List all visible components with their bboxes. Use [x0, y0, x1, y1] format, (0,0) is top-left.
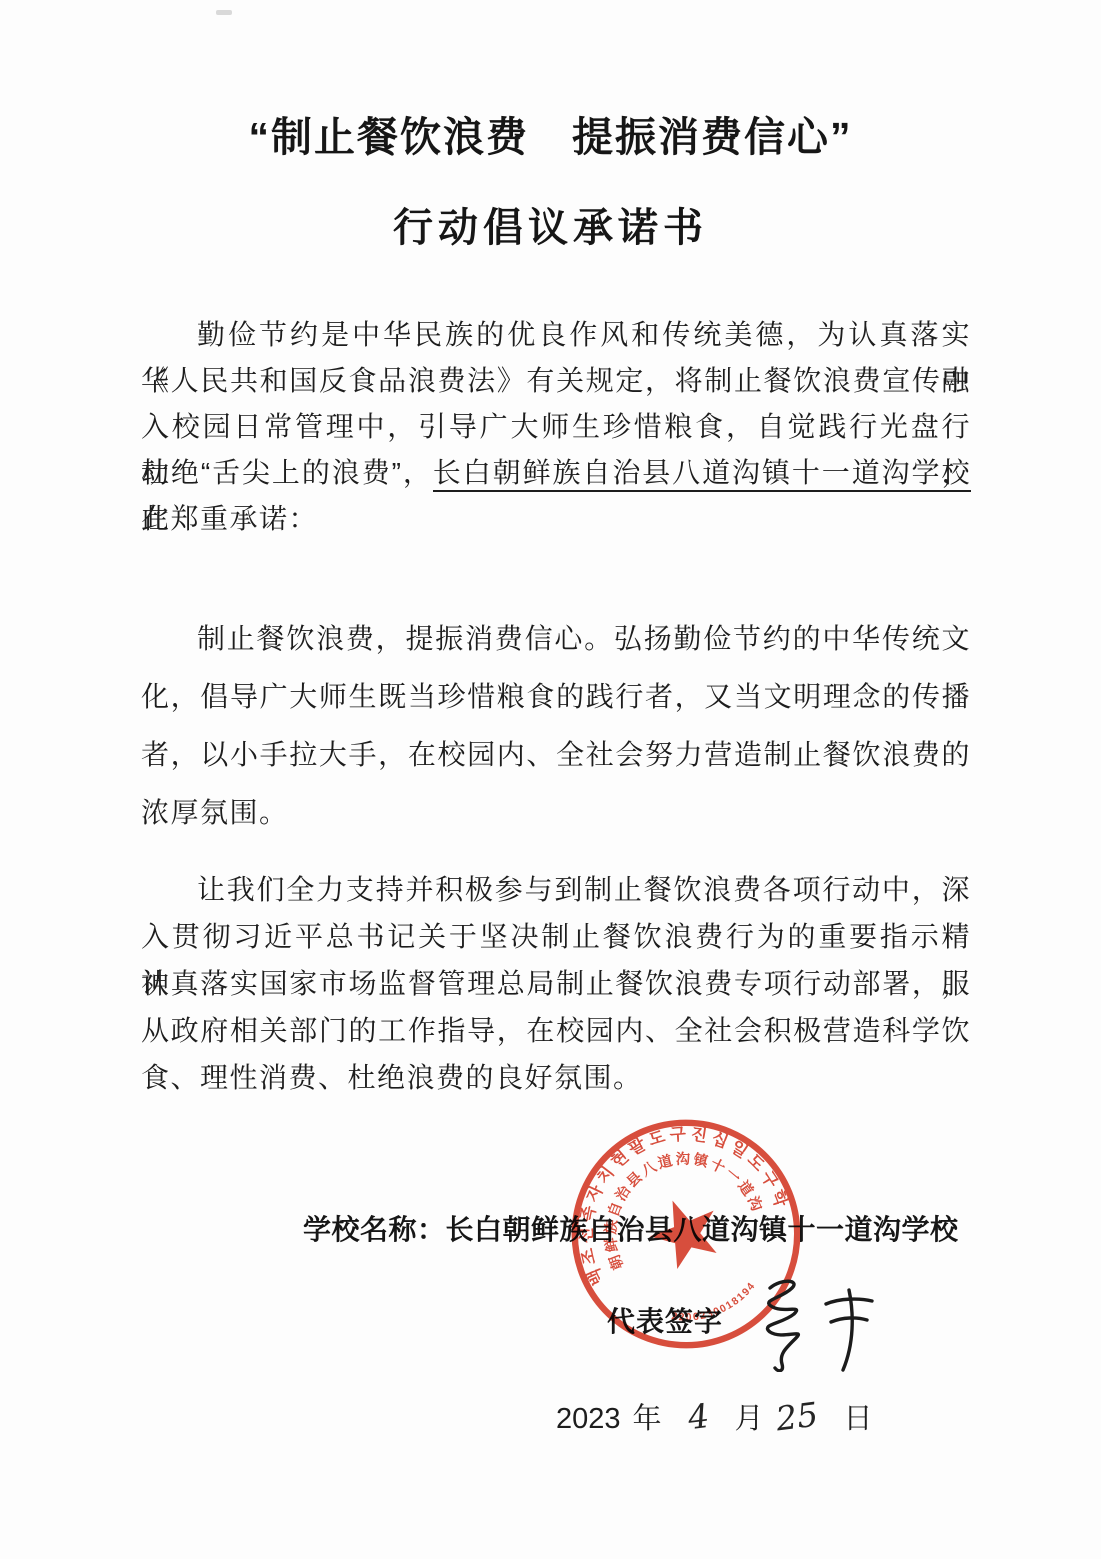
seal-star-icon	[641, 1188, 729, 1274]
paragraph3-line4: 从政府相关部门的工作指导，在校园内、全社会积极营造科学饮	[141, 1007, 971, 1054]
signature-stroke-3	[831, 1318, 867, 1322]
date-day-suffix: 日	[844, 1396, 873, 1437]
date-month-handwritten: 4	[685, 1396, 711, 1437]
document-title-line1: “制止餐饮浪费 提振消费信心”	[0, 104, 1101, 163]
paragraph3-line3: 认真落实国家市场监督管理总局制止餐饮浪费专项行动部署，服	[141, 960, 971, 1007]
paragraph3-line2: 入贯彻习近平总书记关于坚决制止餐饮浪费行为的重要指示精神，	[141, 913, 971, 960]
paragraph2-line3: 者，以小手拉大手，在校园内、全社会努力营造制止餐饮浪费的	[141, 726, 971, 784]
paragraph1-line4-pre: 杜绝“舌尖上的浪费”，	[141, 457, 433, 488]
paragraph1-line3: 入校园日常管理中，引导广大师生珍惜粮食，自觉践行光盘行动，	[141, 404, 971, 450]
date-year: 2023	[556, 1403, 621, 1436]
paragraph-3: 让我们全力支持并积极参与到制止餐饮浪费各项行动中，深 入贯彻习近平总书记关于坚决…	[141, 866, 971, 1101]
signature-stroke-1	[767, 1281, 798, 1371]
paragraph1-line5: 此郑重承诺：	[141, 496, 971, 542]
paragraph-2: 制止餐饮浪费，提振消费信心。弘扬勤俭节约的中华传统文 化，倡导广大师生既当珍惜粮…	[141, 610, 971, 842]
date-month-suffix: 月	[735, 1396, 764, 1437]
paragraph3-line1: 让我们全力支持并积极参与到制止餐饮浪费各项行动中，深	[141, 866, 971, 913]
paragraph-1: 勤俭节约是中华民族的优良作风和传统美德，为认真落实《中 华人民共和国反食品浪费法…	[141, 312, 971, 542]
paragraph2-line2: 化，倡导广大师生既当珍惜粮食的践行者，又当文明理念的传播	[141, 668, 971, 726]
document-page: “制止餐饮浪费 提振消费信心” 行动倡议承诺书 勤俭节约是中华民族的优良作风和传…	[0, 0, 1101, 1559]
document-title-line2: 行动倡议承诺书	[0, 196, 1101, 253]
date-line: 2023 年 4 月 25 日	[556, 1396, 873, 1437]
date-year-suffix: 年	[633, 1396, 662, 1437]
paragraph1-line4: 杜绝“舌尖上的浪费”，长白朝鲜族自治县八道沟镇十一道沟学校在	[141, 450, 971, 496]
school-name-underlined: 长白朝鲜族自治县八道沟镇十一道沟学校	[433, 457, 971, 492]
paragraph3-line5: 食、理性消费、杜绝浪费的良好氛围。	[141, 1054, 971, 1101]
representative-signature	[742, 1272, 892, 1372]
paragraph2-line4: 浓厚氛围。	[141, 784, 971, 842]
signature-stroke-4	[843, 1290, 852, 1370]
paragraph1-line1: 勤俭节约是中华民族的优良作风和传统美德，为认真落实《中	[141, 312, 971, 358]
paragraph2-line1: 制止餐饮浪费，提振消费信心。弘扬勤俭节约的中华传统文	[141, 610, 971, 668]
scan-artifact	[216, 10, 232, 15]
paragraph1-line2: 华人民共和国反食品浪费法》有关规定，将制止餐饮浪费宣传融	[141, 358, 971, 404]
date-day-handwritten: 25	[773, 1395, 819, 1439]
